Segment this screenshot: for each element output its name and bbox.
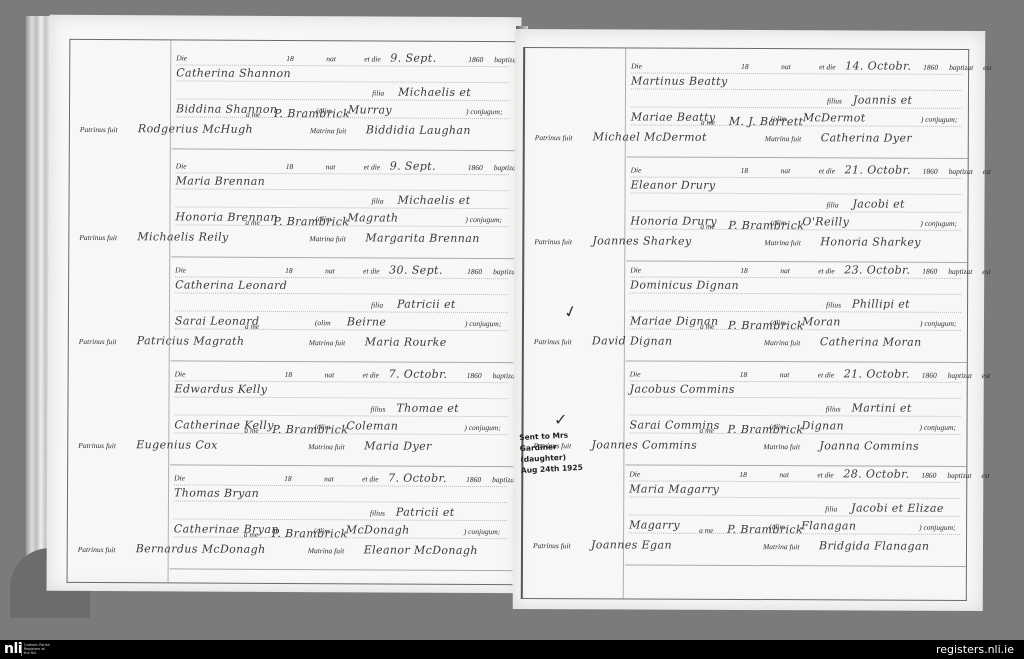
year-label: 1860 <box>921 471 936 480</box>
entry-parents-line: filius Phillipi et <box>630 294 961 312</box>
die-label: Die <box>174 473 185 482</box>
et-die-label: et die <box>818 266 834 275</box>
baptism-entry: Die 18 nat et die 21. Octobr. 1860 bapti… <box>625 360 966 466</box>
est-label: est <box>983 167 991 176</box>
patrinus-label: Patrinus fuit <box>78 545 116 554</box>
die-label: Die <box>176 53 187 62</box>
relation-label: filius <box>370 404 385 413</box>
baptizat-label: baptizat <box>948 371 972 380</box>
godfather-name: Patricius Magrath <box>137 334 245 348</box>
patrinus-label: Patrinus fuit <box>78 441 116 450</box>
year-prefix-label: 18 <box>741 62 749 71</box>
patrinus-label: Patrinus fuit <box>534 237 572 246</box>
godfather-name: Eugenius Cox <box>136 438 218 451</box>
father-name: Patricii et <box>396 506 455 519</box>
maiden-name: Flanagan <box>801 519 856 532</box>
et-die-label: et die <box>363 370 380 379</box>
year-prefix-label: 18 <box>285 266 293 275</box>
father-name: Patricii et <box>397 298 456 311</box>
entry-sponsors-line: a me P. Brambrick Patrinus fuit Joannes … <box>629 536 960 553</box>
maiden-name: Dignan <box>802 419 845 432</box>
year-label: 1860 <box>466 475 481 484</box>
entry-child-line: Maria Brennan <box>176 172 509 191</box>
entry-sponsors-line: a me P. Brambrick Patrinus fuit Rodgeriu… <box>176 120 509 138</box>
a-me-label: a me <box>700 222 714 231</box>
baptism-entry: Die 18 nat et die 14. Octobr. 1860 bapti… <box>627 52 968 158</box>
priest-name: P. Brambrick <box>728 319 804 332</box>
entry-sponsors-line: a me P. Brambrick Patrinus fuit David Di… <box>630 332 961 349</box>
mother-name: Catherinae Kelly <box>174 418 274 432</box>
et-die-label: et die <box>362 474 379 483</box>
entry-sponsors-line: a me P. Brambrick Patrinus fuit Joannes … <box>629 436 960 453</box>
year-label: 1860 <box>922 267 937 276</box>
relation-label: filius <box>827 96 842 105</box>
mother-name: Magarry <box>629 518 680 531</box>
left-register-page: Die 18 nat et die 9. Sept. 1860 baptizat… <box>46 15 521 593</box>
maiden-name: Beirne <box>347 315 386 328</box>
conjugum-label: ) conjugum; <box>465 215 501 224</box>
a-me-label: a me <box>244 530 258 539</box>
conjugum-label: ) conjugum; <box>920 319 956 328</box>
relation-label: filius <box>826 404 841 413</box>
godfather-name: Rodgerius McHugh <box>138 122 253 136</box>
right-register-page: Die 18 nat et die 14. Octobr. 1860 bapti… <box>513 29 986 611</box>
relation-label: filia <box>826 200 838 209</box>
entry-sponsors-line: a me Patrinus fuit Patricius Magrath Mat… <box>175 332 508 350</box>
matrina-label: Matrina fuit <box>309 338 346 347</box>
nat-label: nat <box>324 474 334 483</box>
entry-child-line: Martinus Beatty <box>631 72 962 90</box>
die-label: Die <box>630 265 641 274</box>
patrinus-label: Patrinus fuit <box>80 125 118 134</box>
father-name: Michaelis et <box>398 194 471 207</box>
entry-mother-line: Sarai Leonard (olim Beirne ) conjugum; <box>175 312 508 331</box>
a-me-label: a me <box>244 426 258 435</box>
est-label: est <box>982 267 990 276</box>
baptism-entry: Die 18 nat et die 9. Sept. 1860 baptizat… <box>171 152 515 259</box>
year-prefix-label: 18 <box>740 266 748 275</box>
matrina-label: Matrina fuit <box>310 126 347 135</box>
maiden-name: Murray <box>348 103 392 116</box>
entry-child-line: Dominicus Dignan <box>630 276 961 294</box>
year-label: 1860 <box>922 371 937 380</box>
godfather-name: Joannes Sharkey <box>592 234 691 247</box>
maiden-name: Magrath <box>347 211 398 224</box>
matrina-label: Matrina fuit <box>764 238 801 247</box>
register-image-viewer[interactable]: Die 18 nat et die 9. Sept. 1860 baptizat… <box>0 0 1024 625</box>
godmother-name: Catherina Moran <box>820 335 922 348</box>
matrina-label: Matrina fuit <box>763 542 800 551</box>
maiden-name: McDonagh <box>346 523 410 536</box>
conjugum-label: ) conjugum; <box>464 423 500 432</box>
nat-label: nat <box>326 54 336 63</box>
baptizat-label: baptizat <box>949 167 973 176</box>
conjugum-label: ) conjugum; <box>921 115 957 124</box>
maiden-name: McDermot <box>803 111 866 124</box>
mother-name: Biddina Shannon <box>176 102 277 116</box>
year-prefix-label: 18 <box>284 474 292 483</box>
godfather-name: Joannes Commins <box>591 438 697 451</box>
godfather-name: David Dignan <box>592 334 673 347</box>
margin-check-mark: ✓ <box>554 410 567 430</box>
baptism-entry: Die 18 nat et die 9. Sept. 1860 baptizat… <box>172 44 516 151</box>
baptism-date: 21. Octobr. <box>845 163 911 176</box>
year-label: 1860 <box>468 55 483 64</box>
child-name: Maria Magarry <box>629 482 719 495</box>
entry-sponsors-line: a me P. Brambrick Patrinus fuit Eugenius… <box>174 436 507 454</box>
a-me-label: a me <box>699 426 713 435</box>
priest-name: P. Brambrick <box>272 423 348 436</box>
entry-sponsors-line: a me P. Brambrick Patrinus fuit Joannes … <box>630 232 961 249</box>
conjugum-label: ) conjugum; <box>465 319 501 328</box>
baptism-entry: Die 18 nat et die 28. Octobr. 1860 bapti… <box>625 460 966 566</box>
priest-name: P. Brambrick <box>728 219 804 232</box>
baptism-entry: Die 18 nat et die 7. Octobr. 1860 baptiz… <box>170 464 514 571</box>
father-name: Joannis et <box>853 93 912 106</box>
entry-parents-line: filia Michaelis et <box>176 82 509 101</box>
child-name: Thomas Bryan <box>174 486 259 499</box>
nat-label: nat <box>780 370 790 379</box>
godmother-name: Catherina Dyer <box>821 131 912 144</box>
godmother-name: Maria Dyer <box>364 439 432 452</box>
footer-bar: nli Catholic Parish Registers at the NLI… <box>0 640 1024 659</box>
baptism-entry: Die 18 nat et die 7. Octobr. 1860 baptiz… <box>170 360 514 467</box>
a-me-label: a me <box>245 322 259 331</box>
entry-sponsors-line: a me P. Brambrick Patrinus fuit Bernardu… <box>174 540 507 558</box>
est-label: est <box>982 371 990 380</box>
die-label: Die <box>175 265 186 274</box>
nat-label: nat <box>779 470 789 479</box>
year-label: 1860 <box>467 267 482 276</box>
matrina-label: Matrina fuit <box>308 442 345 451</box>
matrina-label: Matrina fuit <box>309 234 346 243</box>
baptism-date: 7. Octobr. <box>388 472 447 485</box>
godmother-name: Joanna Commins <box>819 439 919 452</box>
father-name: Martini et <box>852 401 912 414</box>
a-me-label: a me <box>245 218 259 227</box>
patrinus-label: Patrinus fuit <box>534 337 572 346</box>
entry-parents-line: filius Thomae et <box>174 398 507 417</box>
a-me-label: a me <box>700 322 714 331</box>
nat-label: nat <box>325 370 335 379</box>
nat-label: nat <box>781 166 791 175</box>
relation-label: filius <box>370 508 385 517</box>
entry-child-line: Catherina Shannon <box>176 64 509 83</box>
patrinus-label: Patrinus fuit <box>79 233 117 242</box>
baptism-date: 7. Octobr. <box>389 368 448 381</box>
relation-label: filius <box>826 300 841 309</box>
year-prefix-label: 18 <box>286 162 294 171</box>
baptizat-label: baptizat <box>949 63 973 72</box>
godfather-name: Joannes Egan <box>591 538 672 551</box>
baptizat-label: baptizat <box>947 471 971 480</box>
baptism-date: 30. Sept. <box>389 264 443 277</box>
et-die-label: et die <box>819 62 835 71</box>
baptism-entry: Die 18 nat et die 23. Octobr. 1860 bapti… <box>626 256 967 362</box>
matrina-label: Matrina fuit <box>308 546 345 555</box>
godmother-name: Bridgida Flanagan <box>819 539 929 552</box>
olim-label: (olim <box>315 318 331 327</box>
entry-child-line: Edwardus Kelly <box>175 380 508 399</box>
entry-parents-line: filius Patricii et <box>174 502 507 521</box>
year-label: 1860 <box>467 371 482 380</box>
entry-parents-line: filius Joannis et <box>631 90 962 108</box>
father-name: Thomae et <box>396 402 459 415</box>
priest-name: P. Brambrick <box>274 107 350 120</box>
entry-child-line: Maria Magarry <box>629 480 960 498</box>
child-name: Catherina Shannon <box>176 66 291 80</box>
a-me-label: a me <box>246 110 260 119</box>
year-prefix-label: 18 <box>285 370 293 379</box>
a-me-label: a me <box>699 526 713 535</box>
maiden-name: Coleman <box>346 419 398 432</box>
godmother-name: Margarita Brennan <box>365 231 479 245</box>
maiden-name: Moran <box>802 315 841 328</box>
year-prefix-label: 18 <box>740 370 748 379</box>
die-label: Die <box>630 369 641 378</box>
conjugum-label: ) conjugum; <box>466 107 502 116</box>
baptism-date: 14. Octobr. <box>845 59 911 72</box>
baptism-date: 21. Octobr. <box>844 367 910 380</box>
page-frame: Die 18 nat et die 9. Sept. 1860 baptizat… <box>67 39 516 585</box>
entry-parents-line: filia Patricii et <box>175 294 508 313</box>
baptizat-label: baptizat <box>948 267 972 276</box>
godmother-name: Eleanor McDonagh <box>364 543 478 557</box>
page-frame: Die 18 nat et die 14. Octobr. 1860 bapti… <box>521 47 969 601</box>
et-die-label: et die <box>818 370 834 379</box>
year-prefix-label: 18 <box>739 470 747 479</box>
father-name: Phillipi et <box>852 297 910 310</box>
priest-name: M. J. Barrett <box>729 115 804 128</box>
matrina-label: Matrina fuit <box>764 338 801 347</box>
godmother-name: Maria Rourke <box>365 335 447 348</box>
priest-name: P. Brambrick <box>727 523 803 536</box>
nat-label: nat <box>325 266 335 275</box>
et-die-label: et die <box>819 166 835 175</box>
entry-child-line: Catherina Leonard <box>175 276 508 295</box>
godfather-name: Michaelis Reily <box>137 230 228 243</box>
godmother-name: Biddidia Laughan <box>366 123 471 137</box>
entry-parents-line: filia Jacobi et Elizae <box>629 498 960 516</box>
matrina-label: Matrina fuit <box>765 134 802 143</box>
site-link[interactable]: registers.nli.ie <box>936 643 1014 656</box>
et-die-label: et die <box>364 54 381 63</box>
baptism-date: 28. Octobr. <box>843 467 909 480</box>
patrinus-label: Patrinus fuit <box>535 133 573 142</box>
child-name: Maria Brennan <box>176 174 266 187</box>
conjugum-label: ) conjugum; <box>464 527 500 536</box>
father-name: Michaelis et <box>398 86 471 99</box>
priest-name: P. Brambrick <box>272 527 348 540</box>
entry-parents-line: filius Martini et <box>630 398 961 416</box>
patrinus-label: Patrinus fuit <box>79 337 117 346</box>
godfather-name: Michael McDermot <box>593 130 707 143</box>
die-label: Die <box>631 165 642 174</box>
nat-label: nat <box>326 162 336 171</box>
patrinus-label: Patrinus fuit <box>533 541 571 550</box>
child-name: Jacobus Commins <box>630 382 735 395</box>
conjugum-label: ) conjugum; <box>920 219 956 228</box>
baptism-date: 9. Sept. <box>390 52 436 65</box>
entry-parents-line: filia Jacobi et <box>630 194 961 212</box>
relation-label: filia <box>372 88 384 97</box>
et-die-label: et die <box>364 162 381 171</box>
father-name: Jacobi et Elizae <box>851 501 944 514</box>
baptism-date: 9. Sept. <box>390 160 436 173</box>
et-die-label: et die <box>363 266 380 275</box>
year-prefix-label: 18 <box>741 166 749 175</box>
year-label: 1860 <box>468 163 483 172</box>
conjugum-label: ) conjugum; <box>920 423 956 432</box>
relation-label: filia <box>371 300 383 309</box>
father-name: Jacobi et <box>852 197 904 210</box>
die-label: Die <box>631 61 642 70</box>
godmother-name: Honoria Sharkey <box>820 235 921 248</box>
margin-annotation: Sent to Mrs Gardiner (daughter) Aug 24th… <box>519 428 599 476</box>
priest-name: P. Brambrick <box>727 423 803 436</box>
year-prefix-label: 18 <box>286 54 294 63</box>
est-label: est <box>981 471 989 480</box>
year-label: 1860 <box>923 63 938 72</box>
logo-divider <box>21 643 22 656</box>
mother-name: Honoria Brennan <box>175 210 277 224</box>
die-label: Die <box>175 369 186 378</box>
baptism-date: 23. Octobr. <box>844 263 910 276</box>
godfather-name: Bernardus McDonagh <box>136 542 266 556</box>
et-die-label: et die <box>817 470 833 479</box>
relation-label: filia <box>372 196 384 205</box>
baptism-entry: Die 18 nat et die 30. Sept. 1860 baptiza… <box>171 256 515 363</box>
est-label: est <box>983 63 991 72</box>
year-label: 1860 <box>923 167 938 176</box>
entry-child-line: Eleanor Drury <box>631 176 962 194</box>
nat-label: nat <box>781 62 791 71</box>
priest-name: P. Brambrick <box>273 215 349 228</box>
die-label: Die <box>629 469 640 478</box>
child-name: Martinus Beatty <box>631 74 728 87</box>
maiden-name: O'Reilly <box>802 215 849 228</box>
entry-parents-line: filia Michaelis et <box>176 190 509 209</box>
die-label: Die <box>176 161 187 170</box>
entry-sponsors-line: a me P. Brambrick Patrinus fuit Michaeli… <box>175 228 508 246</box>
child-name: Eleanor Drury <box>631 178 716 191</box>
relation-label: filia <box>825 504 837 513</box>
a-me-label: a me <box>701 118 715 127</box>
nat-label: nat <box>780 266 790 275</box>
child-name: Edwardus Kelly <box>175 382 268 395</box>
entry-child-line: Thomas Bryan <box>174 484 507 503</box>
entry-sponsors-line: a me M. J. Barrett Patrinus fuit Michael… <box>631 128 962 145</box>
mother-name: Catherinae Bryan <box>174 522 279 536</box>
nli-logo[interactable]: nli <box>4 641 22 657</box>
logo-caption: Catholic Parish Registers at the NLI <box>24 643 64 655</box>
baptism-entry: Die 18 nat et die 21. Octobr. 1860 bapti… <box>626 156 967 262</box>
entry-child-line: Jacobus Commins <box>630 380 961 398</box>
conjugum-label: ) conjugum; <box>919 523 955 532</box>
child-name: Dominicus Dignan <box>630 278 739 291</box>
matrina-label: Matrina fuit <box>763 442 800 451</box>
child-name: Catherina Leonard <box>175 278 287 292</box>
